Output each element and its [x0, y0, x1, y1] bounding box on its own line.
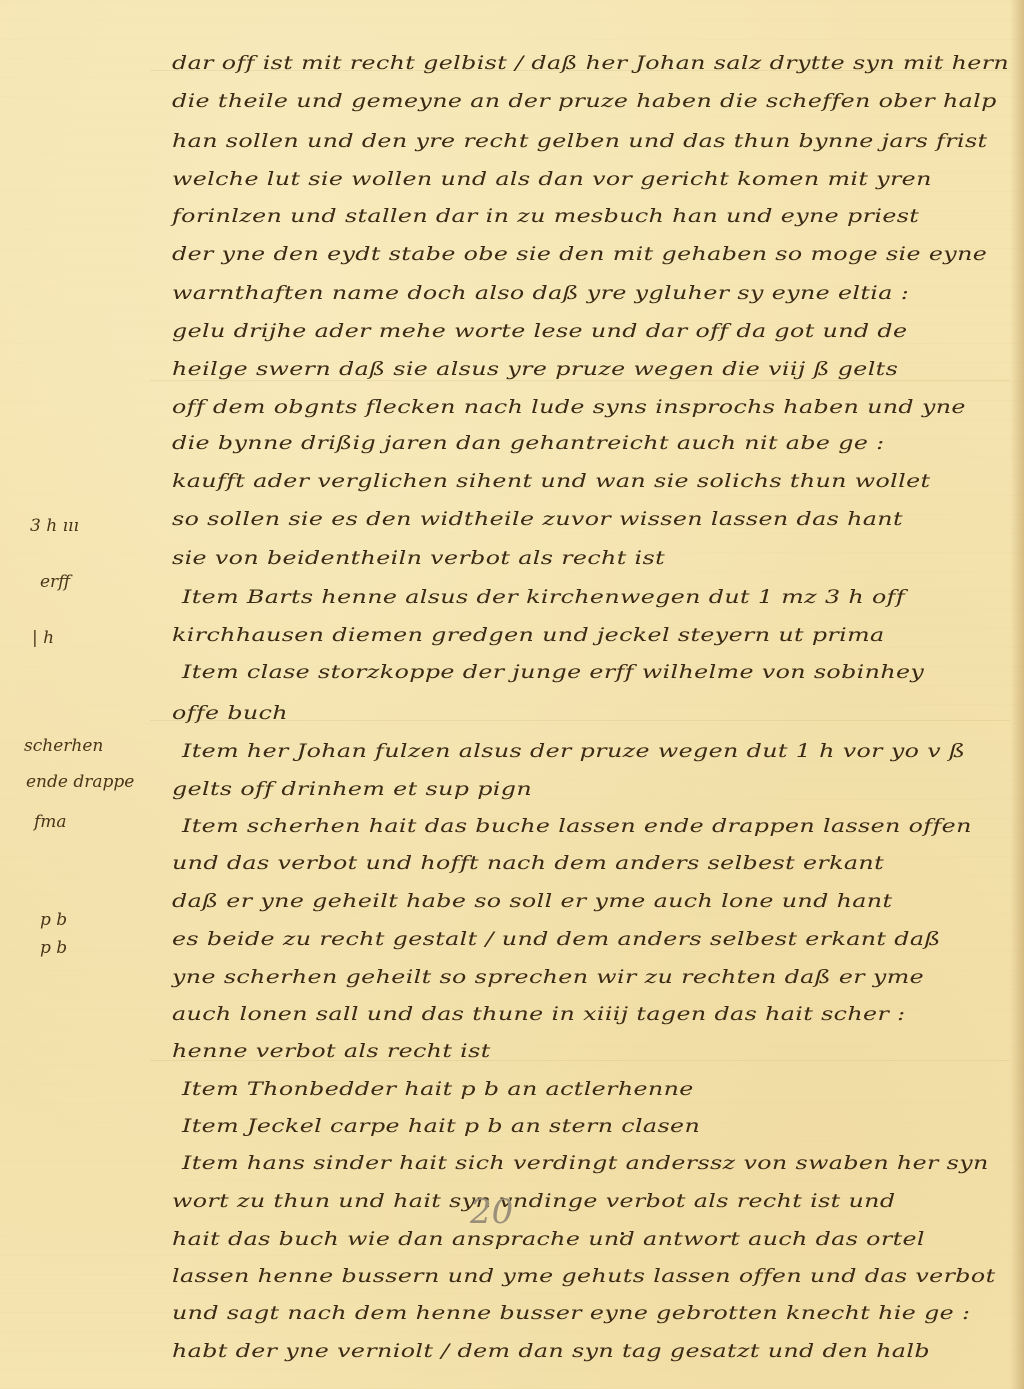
text-line: sie von beidentheiln verbot als recht is…	[172, 547, 665, 569]
text-line: Item hans sinder hait sich verdingt ande…	[182, 1152, 989, 1174]
text-line: wort zu thun und hait syn vndinge verbot…	[172, 1190, 895, 1212]
text-line: Item Jeckel carpe hait p b an stern clas…	[182, 1115, 700, 1137]
margin-note: erff	[40, 572, 70, 592]
margin-note: 3 h ııı	[30, 516, 79, 536]
text-line: die theile und gemeyne an der pruze habe…	[172, 90, 997, 112]
text-line: gelts off drinhem et sup pign	[172, 778, 532, 800]
ruling-line	[150, 380, 1010, 381]
text-line: Item her Johan fulzen alsus der pruze we…	[182, 740, 965, 762]
manuscript-page: dar off ist mit recht gelbist / daß her …	[0, 0, 1024, 1389]
text-line: offe buch	[172, 702, 288, 724]
margin-note: p b	[40, 910, 67, 930]
margin-note: p b	[40, 938, 67, 958]
text-line: hait das buch wie dan ansprache und antw…	[172, 1228, 925, 1250]
text-line: so sollen sie es den widtheile zuvor wis…	[172, 508, 903, 530]
text-line: Item Barts henne alsus der kirchenwegen …	[182, 586, 905, 608]
text-line: welche lut sie wollen und als dan vor ge…	[172, 168, 932, 190]
margin-note: ende drappe	[26, 772, 134, 792]
margin-note: | h	[32, 628, 54, 648]
text-line: habt der yne verniolt / dem dan syn tag …	[172, 1340, 930, 1362]
ink-dot	[621, 1232, 624, 1235]
text-line: die bynne drißig jaren dan gehantreicht …	[172, 432, 885, 454]
text-line: kirchhausen diemen gredgen und jeckel st…	[172, 624, 885, 646]
text-line: der yne den eydt stabe obe sie den mit g…	[172, 243, 987, 265]
text-line: lassen henne bussern und yme gehuts lass…	[172, 1265, 995, 1287]
text-line: dar off ist mit recht gelbist / daß her …	[172, 52, 1009, 74]
margin-note: scherhen	[24, 736, 103, 756]
text-line: heilge swern daß sie alsus yre pruze weg…	[172, 358, 898, 380]
text-line: henne verbot als recht ist	[172, 1040, 491, 1062]
text-line: gelu drijhe ader mehe worte lese und dar…	[172, 320, 907, 342]
text-line: han sollen und den yre recht gelben und …	[172, 130, 987, 152]
text-line: off dem obgnts flecken nach lude syns in…	[172, 396, 966, 418]
text-line: daß er yne geheilt habe so soll er yme a…	[172, 890, 892, 912]
text-line: Item scherhen hait das buche lassen ende…	[182, 815, 972, 837]
text-line: auch lonen sall und das thune in xiiij t…	[172, 1003, 905, 1025]
margin-note: fma	[34, 812, 67, 832]
text-line: kaufft ader verglichen sihent und wan si…	[172, 470, 930, 492]
text-line: Item clase storzkoppe der junge erff wil…	[182, 661, 924, 683]
text-line: warnthaften name doch also daß yre ygluh…	[172, 282, 909, 304]
text-line: es beide zu recht gestalt / und dem ande…	[172, 928, 941, 950]
text-line: yne scherhen geheilt so sprechen wir zu …	[172, 966, 924, 988]
folio-number: 20	[470, 1192, 513, 1232]
text-line: und sagt nach dem henne busser eyne gebr…	[172, 1302, 970, 1324]
text-line: und das verbot und hofft nach dem anders…	[172, 852, 884, 874]
text-line: Item Thonbedder hait p b an actlerhenne	[182, 1078, 694, 1100]
page-edge-shadow	[1010, 0, 1024, 1389]
text-line: forinlzen und stallen dar in zu mesbuch …	[172, 205, 919, 227]
